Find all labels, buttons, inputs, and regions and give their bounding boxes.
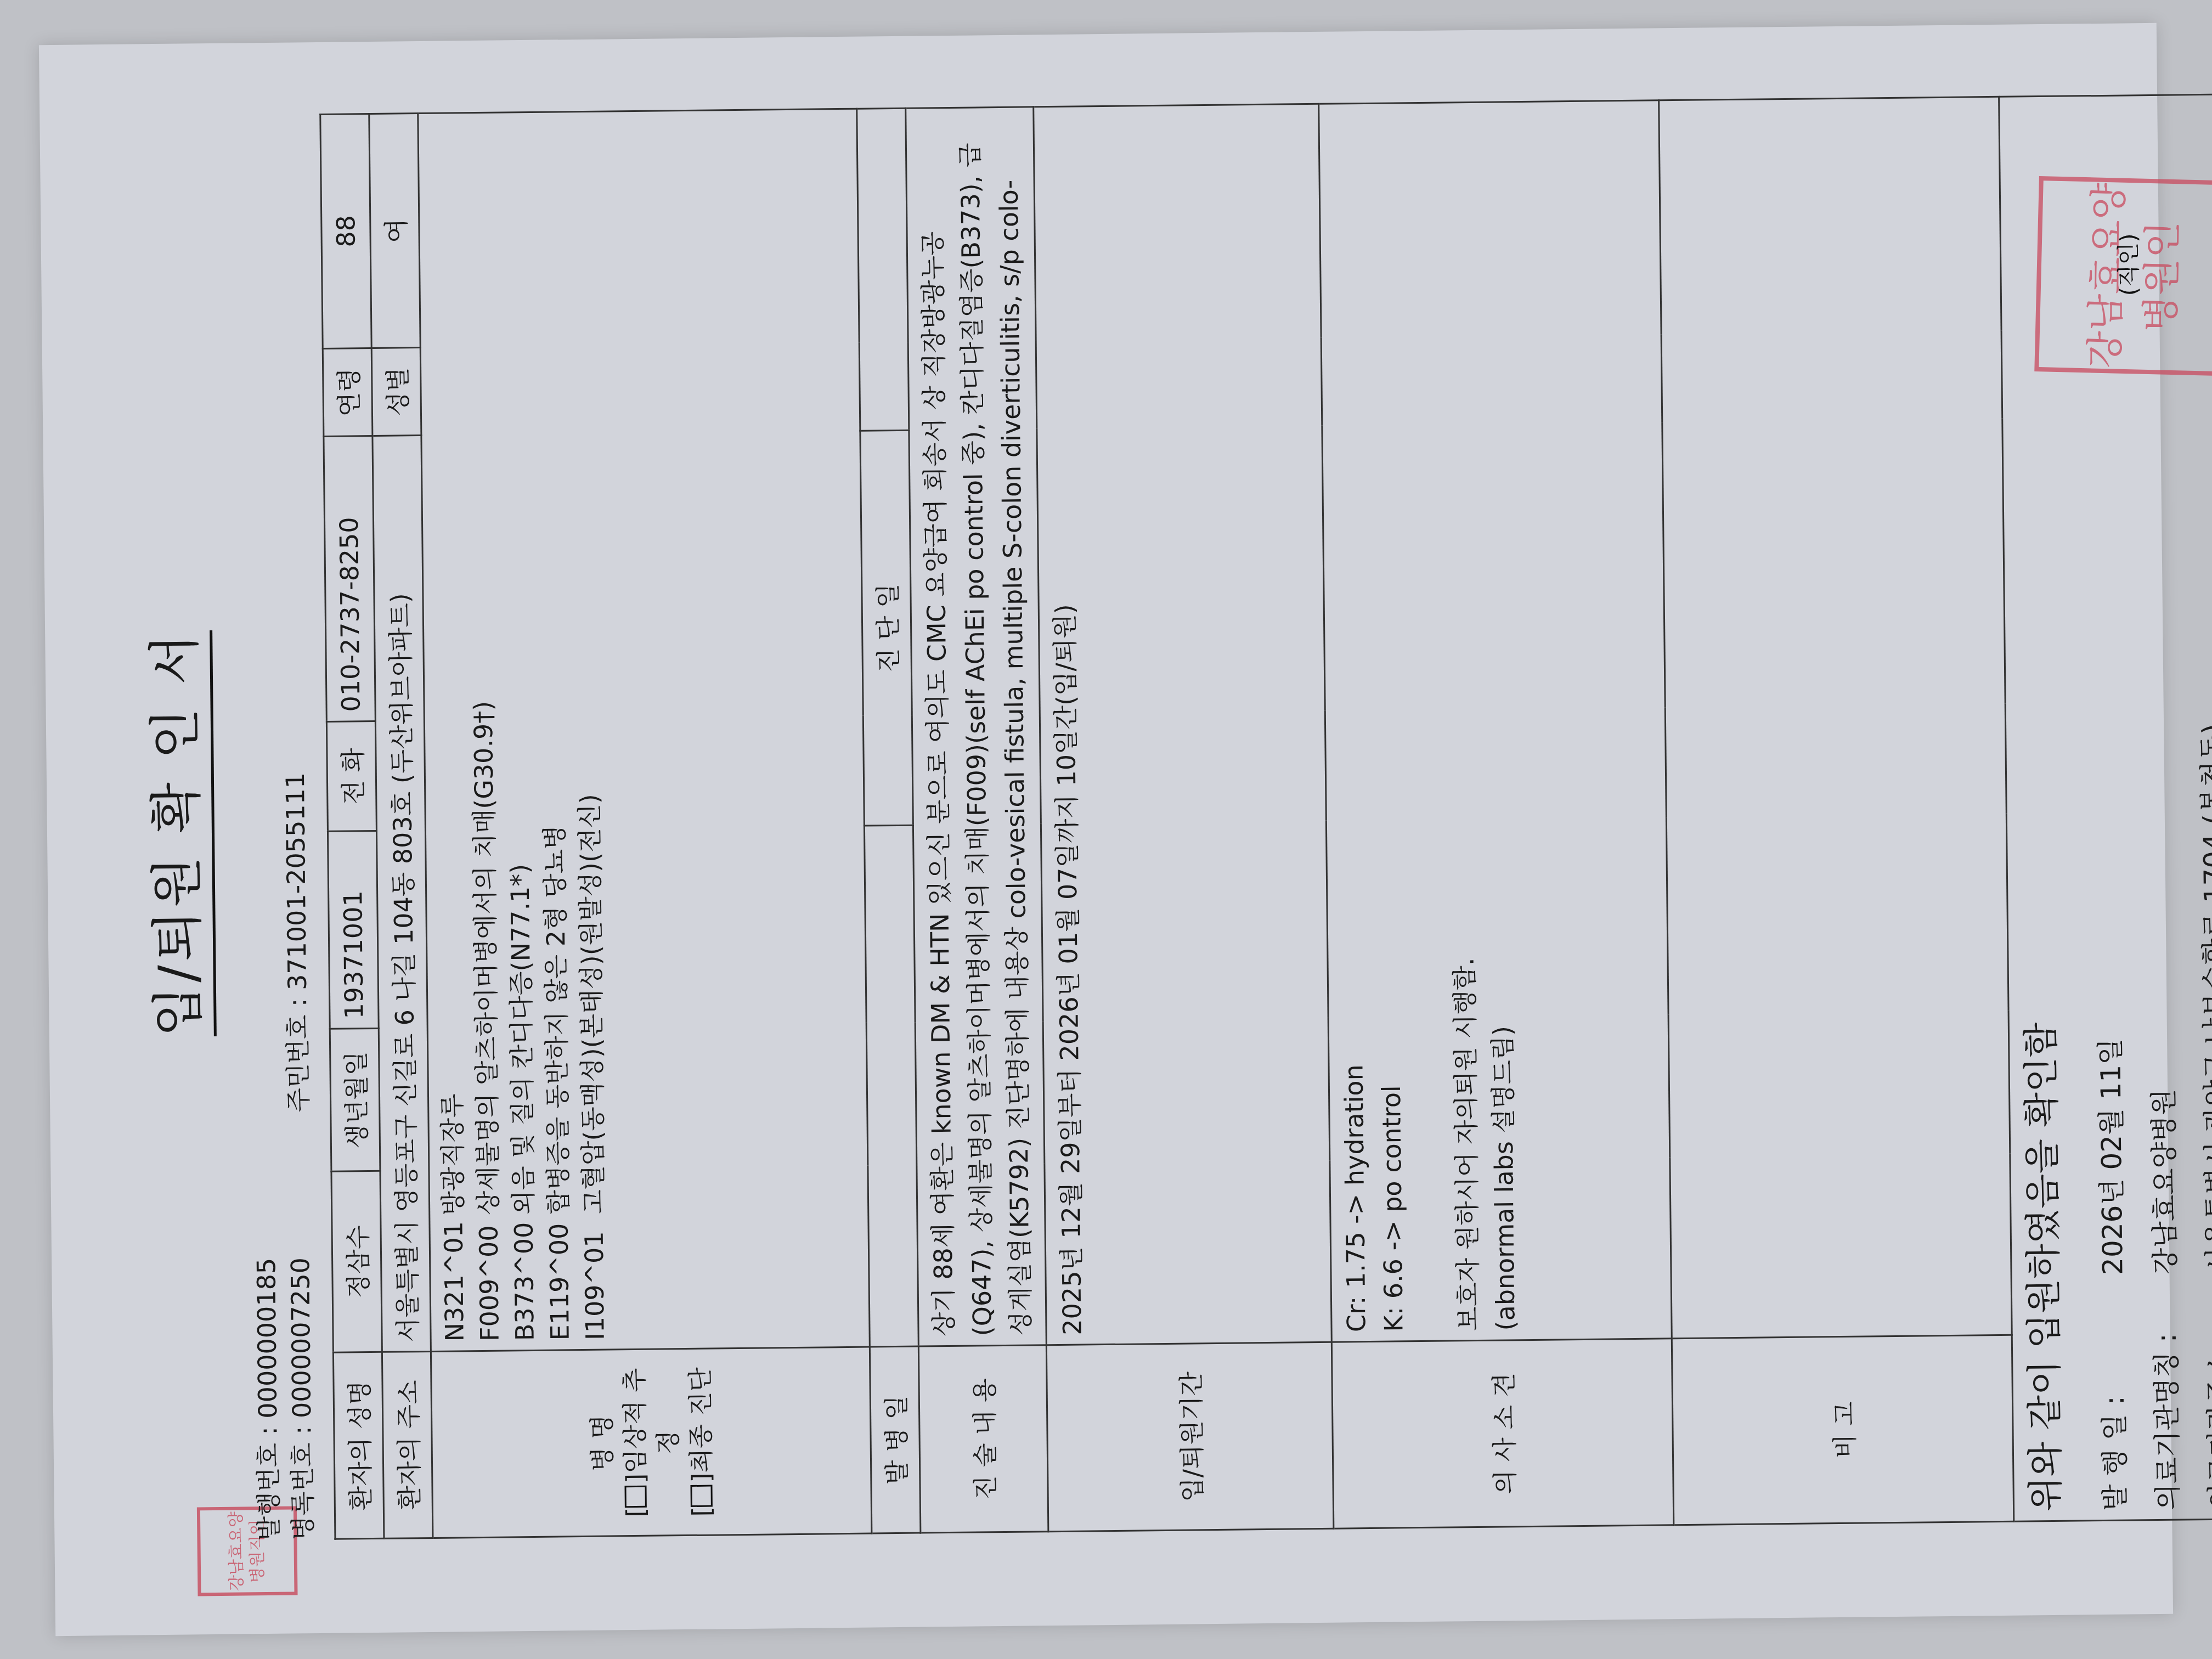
patient-name: 정삼수 [331, 1171, 382, 1352]
dob-value: 19371001 [328, 831, 379, 1029]
resident-number: 주민번호 : 371001-2055111 [278, 772, 315, 1113]
address-value: 서울특별시 영등포구 신길로 6 나길 104동 803호 (두산위브아파트) [373, 436, 431, 1352]
admission-period-value: 2025년 12월 29일부터 2026년 01월 07일까지 10일간(입/퇴… [1034, 104, 1332, 1345]
address-label: 환자의 주소 [382, 1351, 433, 1538]
remarks-label: 비 고 [1672, 1335, 2014, 1525]
onset-value [864, 825, 918, 1347]
remarks-value [1659, 97, 2012, 1338]
issue-number: 발행번호 : 0000000185 [249, 1258, 286, 1541]
diagnosis-list: N321^01방광직장루F009^00상세불명의 알츠하이머병에서의 치매(G3… [424, 121, 612, 1342]
opinion-label: 의 사 소 견 [1331, 1339, 1674, 1528]
diagnosis-code: I109^01 [576, 1214, 612, 1340]
statement-row: 진 술 내 용 상기 88세 여환은 known DM & HTN 있으신 분으… [906, 107, 1048, 1533]
opinion-row: 의 사 소 견 Cr: 1.75 -> hydrationK: 6.6 -> p… [1319, 100, 1674, 1528]
checkbox-icon[interactable] [624, 1486, 646, 1508]
document-meta: 발행번호 : 0000000185 병록번호 : 0000007250 주민번호… [249, 1257, 320, 1541]
diagnosed-label: 진 단 일 [860, 430, 913, 826]
diagnosis-code: B373^00 [506, 1215, 542, 1341]
remarks-row: 비 고 [1659, 97, 2014, 1525]
diagnosis-name: 외음 및 질의 칸디다증(N77.1*) [505, 864, 539, 1215]
issue-date: 2026년 02월 11일 [2084, 1038, 2140, 1275]
sex-value: 여 [369, 114, 420, 348]
institution-name: 강남효요양병원 [2137, 1088, 2192, 1274]
phone-label: 전 화 [326, 721, 376, 831]
diagnosis-code: N321^01 [436, 1215, 472, 1342]
age-label: 연령 [323, 348, 373, 436]
admission-period-label: 입/퇴원기간 [1046, 1342, 1334, 1531]
phone-value: 010-2737-8250 [324, 436, 375, 721]
admission-period-row: 입/퇴원기간 2025년 12월 29일부터 2026년 01월 07일까지 1… [1034, 104, 1334, 1531]
diagnosis-label-cell: 병 명 []임상적 추정 []최종 진단 [431, 1347, 872, 1538]
statement-label: 진 술 내 용 [918, 1345, 1048, 1533]
footer-row: 위와 같이 입원하였음을 확인함 발 행 일 :2026년 02월 11일 의료… [1999, 92, 2212, 1522]
page-title: 입/퇴원 확 인 서 [127, 115, 217, 1553]
checkbox-icon[interactable] [690, 1485, 712, 1506]
opinion-text: Cr: 1.75 -> hydrationK: 6.6 -> po contro… [1319, 100, 1672, 1342]
document-sheet: 입/퇴원 확 인 서 강남효요양병원직인 발행번호 : 0000000185 병… [39, 23, 2173, 1636]
record-number: 병록번호 : 0000007250 [283, 1257, 320, 1541]
diagnosis-code: E119^00 [541, 1214, 577, 1341]
dob-label: 생년월일 [330, 1028, 380, 1171]
sex-label: 성별 [371, 348, 421, 436]
diagnosed-value [857, 108, 909, 431]
patient-name-label: 환자의 성명 [333, 1352, 384, 1539]
admission-form-table: 환자의 성명 정삼수 생년월일 19371001 전 화 010-2737-82… [319, 91, 2212, 1540]
checkbox-clinical-estimate[interactable]: []임상적 추정 [618, 1358, 685, 1526]
statement-text: 상기 88세 여환은 known DM & HTN 있으신 분으로 여의도 CM… [906, 107, 1047, 1346]
diagnosis-list-cell: N321^01방광직장루F009^00상세불명의 알츠하이머병에서의 치매(G3… [418, 109, 870, 1351]
age-value: 88 [320, 114, 371, 348]
diagnosis-row: 병 명 []임상적 추정 []최종 진단 N321^01방광직장루F009^00… [418, 109, 872, 1538]
checkbox-final-diagnosis[interactable]: []최종 진단 [684, 1358, 718, 1526]
diagnosis-label: 병 명 [585, 1359, 619, 1527]
diagnosis-name: 방광직장루 [437, 1093, 468, 1216]
diagnosis-name: 고혈압(동맥성)(본태성)(원발성)(전신) [574, 794, 608, 1214]
diagnosis-name: 상세불명의 알츠하이머병에서의 치매(G30.9†) [468, 701, 503, 1215]
seal-label: (직인) [2102, 233, 2155, 296]
confirmation-block: 위와 같이 입원하였음을 확인함 발 행 일 :2026년 02월 11일 의료… [1999, 92, 2212, 1522]
onset-label: 발 병 일 [870, 1346, 921, 1533]
diagnosis-code: F009^00 [471, 1215, 507, 1341]
diagnosis-name: 합병증을 동반하지 않은 2형 당뇨병 [540, 825, 573, 1214]
